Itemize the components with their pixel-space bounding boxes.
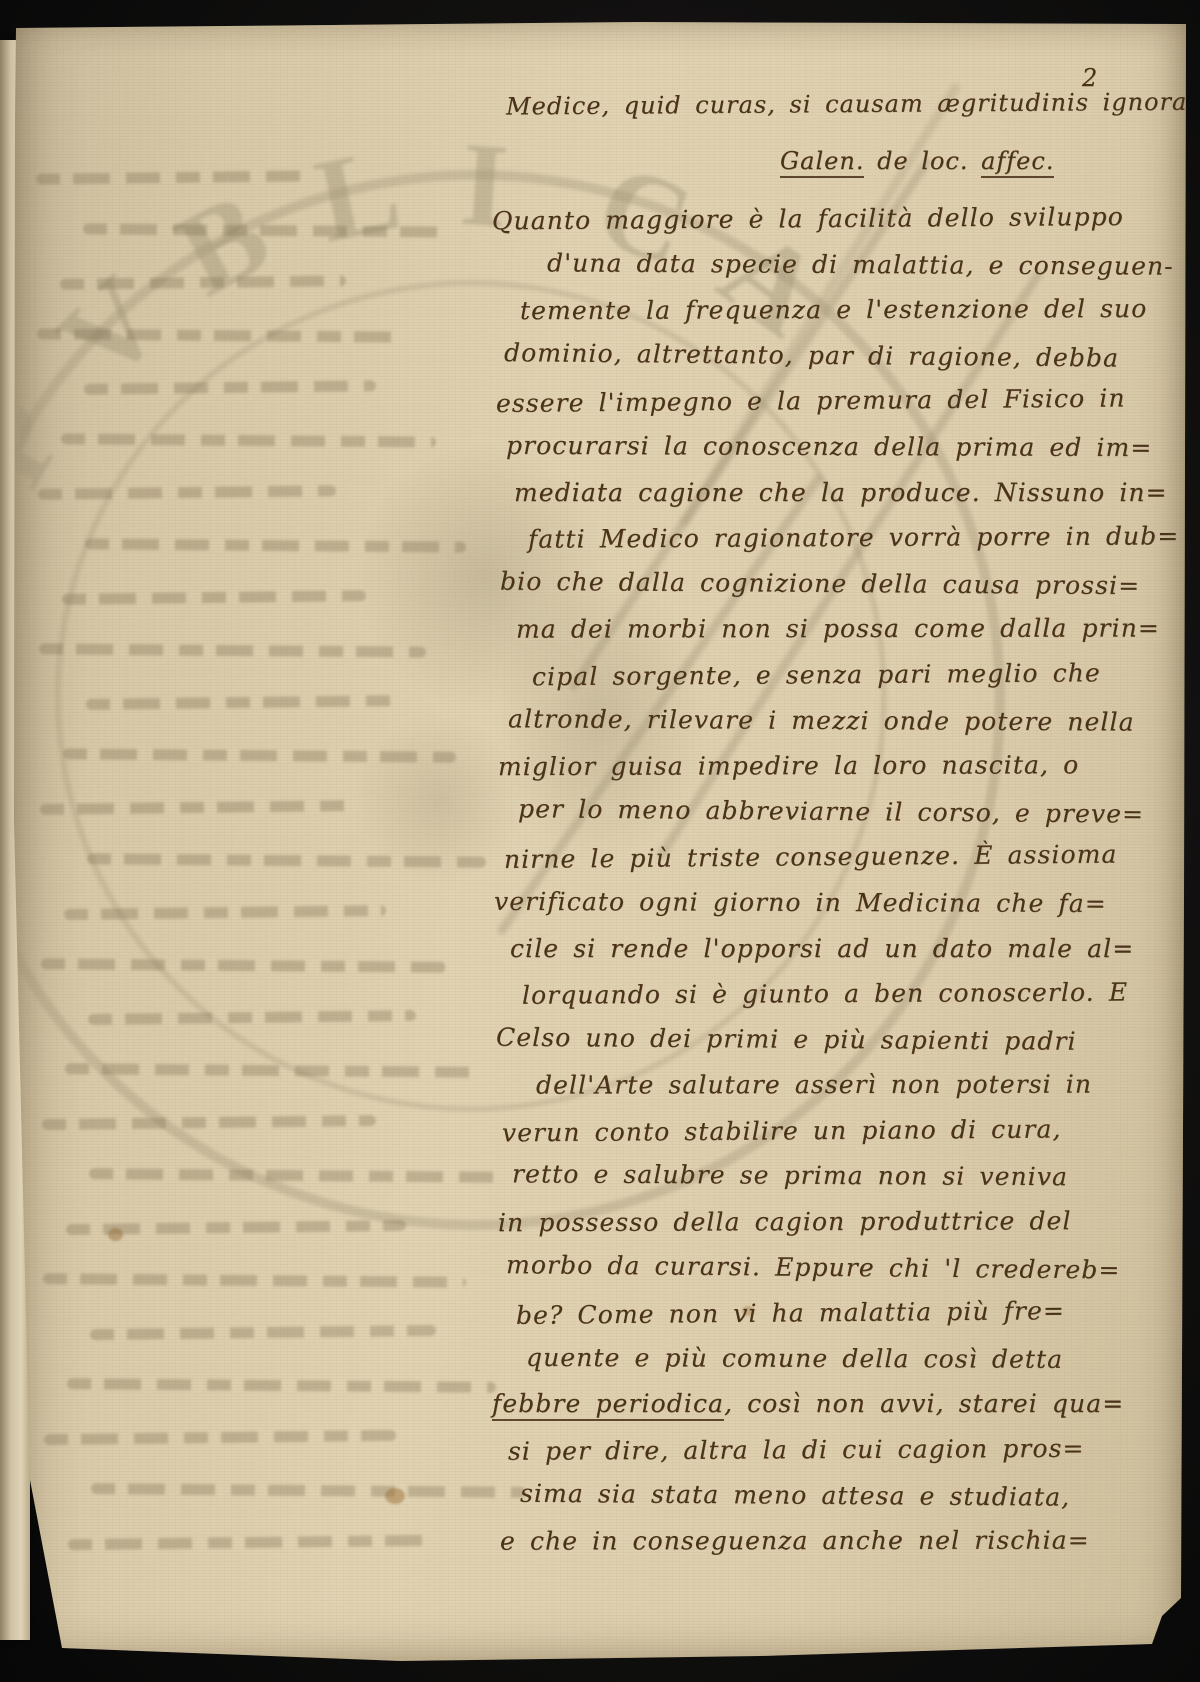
manuscript-line: dell'Arte salutare asserì non potersi in (536, 1070, 1172, 1117)
foxing-stain (385, 1488, 405, 1504)
manuscript-line: quente e più comune della così detta (526, 1343, 1172, 1391)
show-through-line (90, 1325, 436, 1340)
manuscript-line: morbo da curarsi. Eppure chi 'l credereb… (506, 1250, 1172, 1301)
manuscript-body-text: Quanto maggiore è la facilità dello svil… (492, 204, 1172, 1572)
manuscript-line: Quanto maggiore è la facilità dello svil… (492, 202, 1172, 252)
show-through-line (68, 1535, 426, 1550)
manuscript-line: d'una data specie di malattia, e consegu… (547, 248, 1172, 297)
manuscript-line: temente la frequenza e l'estenzione del … (520, 294, 1172, 342)
manuscript-line: ma dei morbi non si possa come dalla pri… (516, 614, 1172, 661)
manuscript-line: cile si rende l'opporsi ad un dato male … (510, 934, 1172, 980)
manuscript-line: si per dire, altra la di cui cagion pros… (508, 1433, 1172, 1482)
manuscript-line: sima sia stata meno attesa e studiata, (520, 1478, 1172, 1528)
epigraph-attribution: Galen. de loc. affec. (780, 147, 1054, 175)
manuscript-line: cipal sorgente, e senza pari meglio che (532, 658, 1172, 708)
manuscript-line: fatti Medico ragionatore vorrà porre in … (528, 521, 1172, 570)
epigraph-latin-quote: Medice, quid curas, si causam ægritudini… (506, 88, 1200, 121)
show-through-line (67, 1378, 496, 1393)
manuscript-line: lorquando si è giunto a ben conoscerlo. … (522, 977, 1172, 1026)
manuscript-line: dominio, altrettanto, par di ragione, de… (504, 338, 1172, 389)
show-through-line (44, 1430, 396, 1445)
manuscript-line: e che in conseguenza anche nel rischia= (500, 1526, 1172, 1573)
epigraph-source: Galen. (780, 147, 864, 178)
manuscript-line: mediata cagione che la produce. Nissuno … (514, 478, 1172, 524)
manuscript-line: miglior guisa impedire la loro nascita, … (498, 750, 1172, 798)
manuscript-line: in possesso della cagion produttrice del (498, 1206, 1172, 1254)
manuscript-line: febbre periodica, così non avvi, starei … (492, 1389, 1172, 1435)
manuscript-line: verificato ogni giorno in Medicina che f… (494, 887, 1172, 935)
show-through-line (91, 1483, 526, 1498)
manuscript-line: retto e salubre se prima non si veniva (512, 1160, 1172, 1209)
show-through-line (36, 170, 316, 184)
manuscript-leaf: PVBLICA 2 Medice, quid curas, si causam … (0, 0, 1200, 1682)
show-through-line (43, 1273, 466, 1288)
manuscript-line: altronde, rilevare i mezzi onde potere n… (508, 704, 1172, 753)
epigraph-middle: de loc. (864, 147, 981, 175)
underlined-term: febbre periodica (492, 1389, 724, 1421)
manuscript-line: procurarsi la conoscenza della prima ed … (506, 431, 1172, 479)
manuscript-line: per lo meno abbreviarne il corso, e prev… (518, 794, 1172, 845)
manuscript-line: be? Come non vi ha malattia più fre= (516, 1295, 1172, 1346)
foxing-stain (108, 1228, 123, 1241)
manuscript-line: nirne le più triste conseguenze. È assio… (504, 839, 1172, 890)
manuscript-line: bio che dalla cognizione della causa pro… (500, 566, 1172, 616)
manuscript-line: Celso uno dei primi e più sapienti padri (496, 1022, 1172, 1072)
scanned-manuscript-page: PVBLICA 2 Medice, quid curas, si causam … (0, 0, 1200, 1682)
manuscript-line: essere l'impegno e la premura del Fisico… (496, 383, 1172, 434)
epigraph-work: affec. (981, 147, 1054, 178)
manuscript-line: verun conto stabilire un piano di cura, (502, 1114, 1172, 1164)
